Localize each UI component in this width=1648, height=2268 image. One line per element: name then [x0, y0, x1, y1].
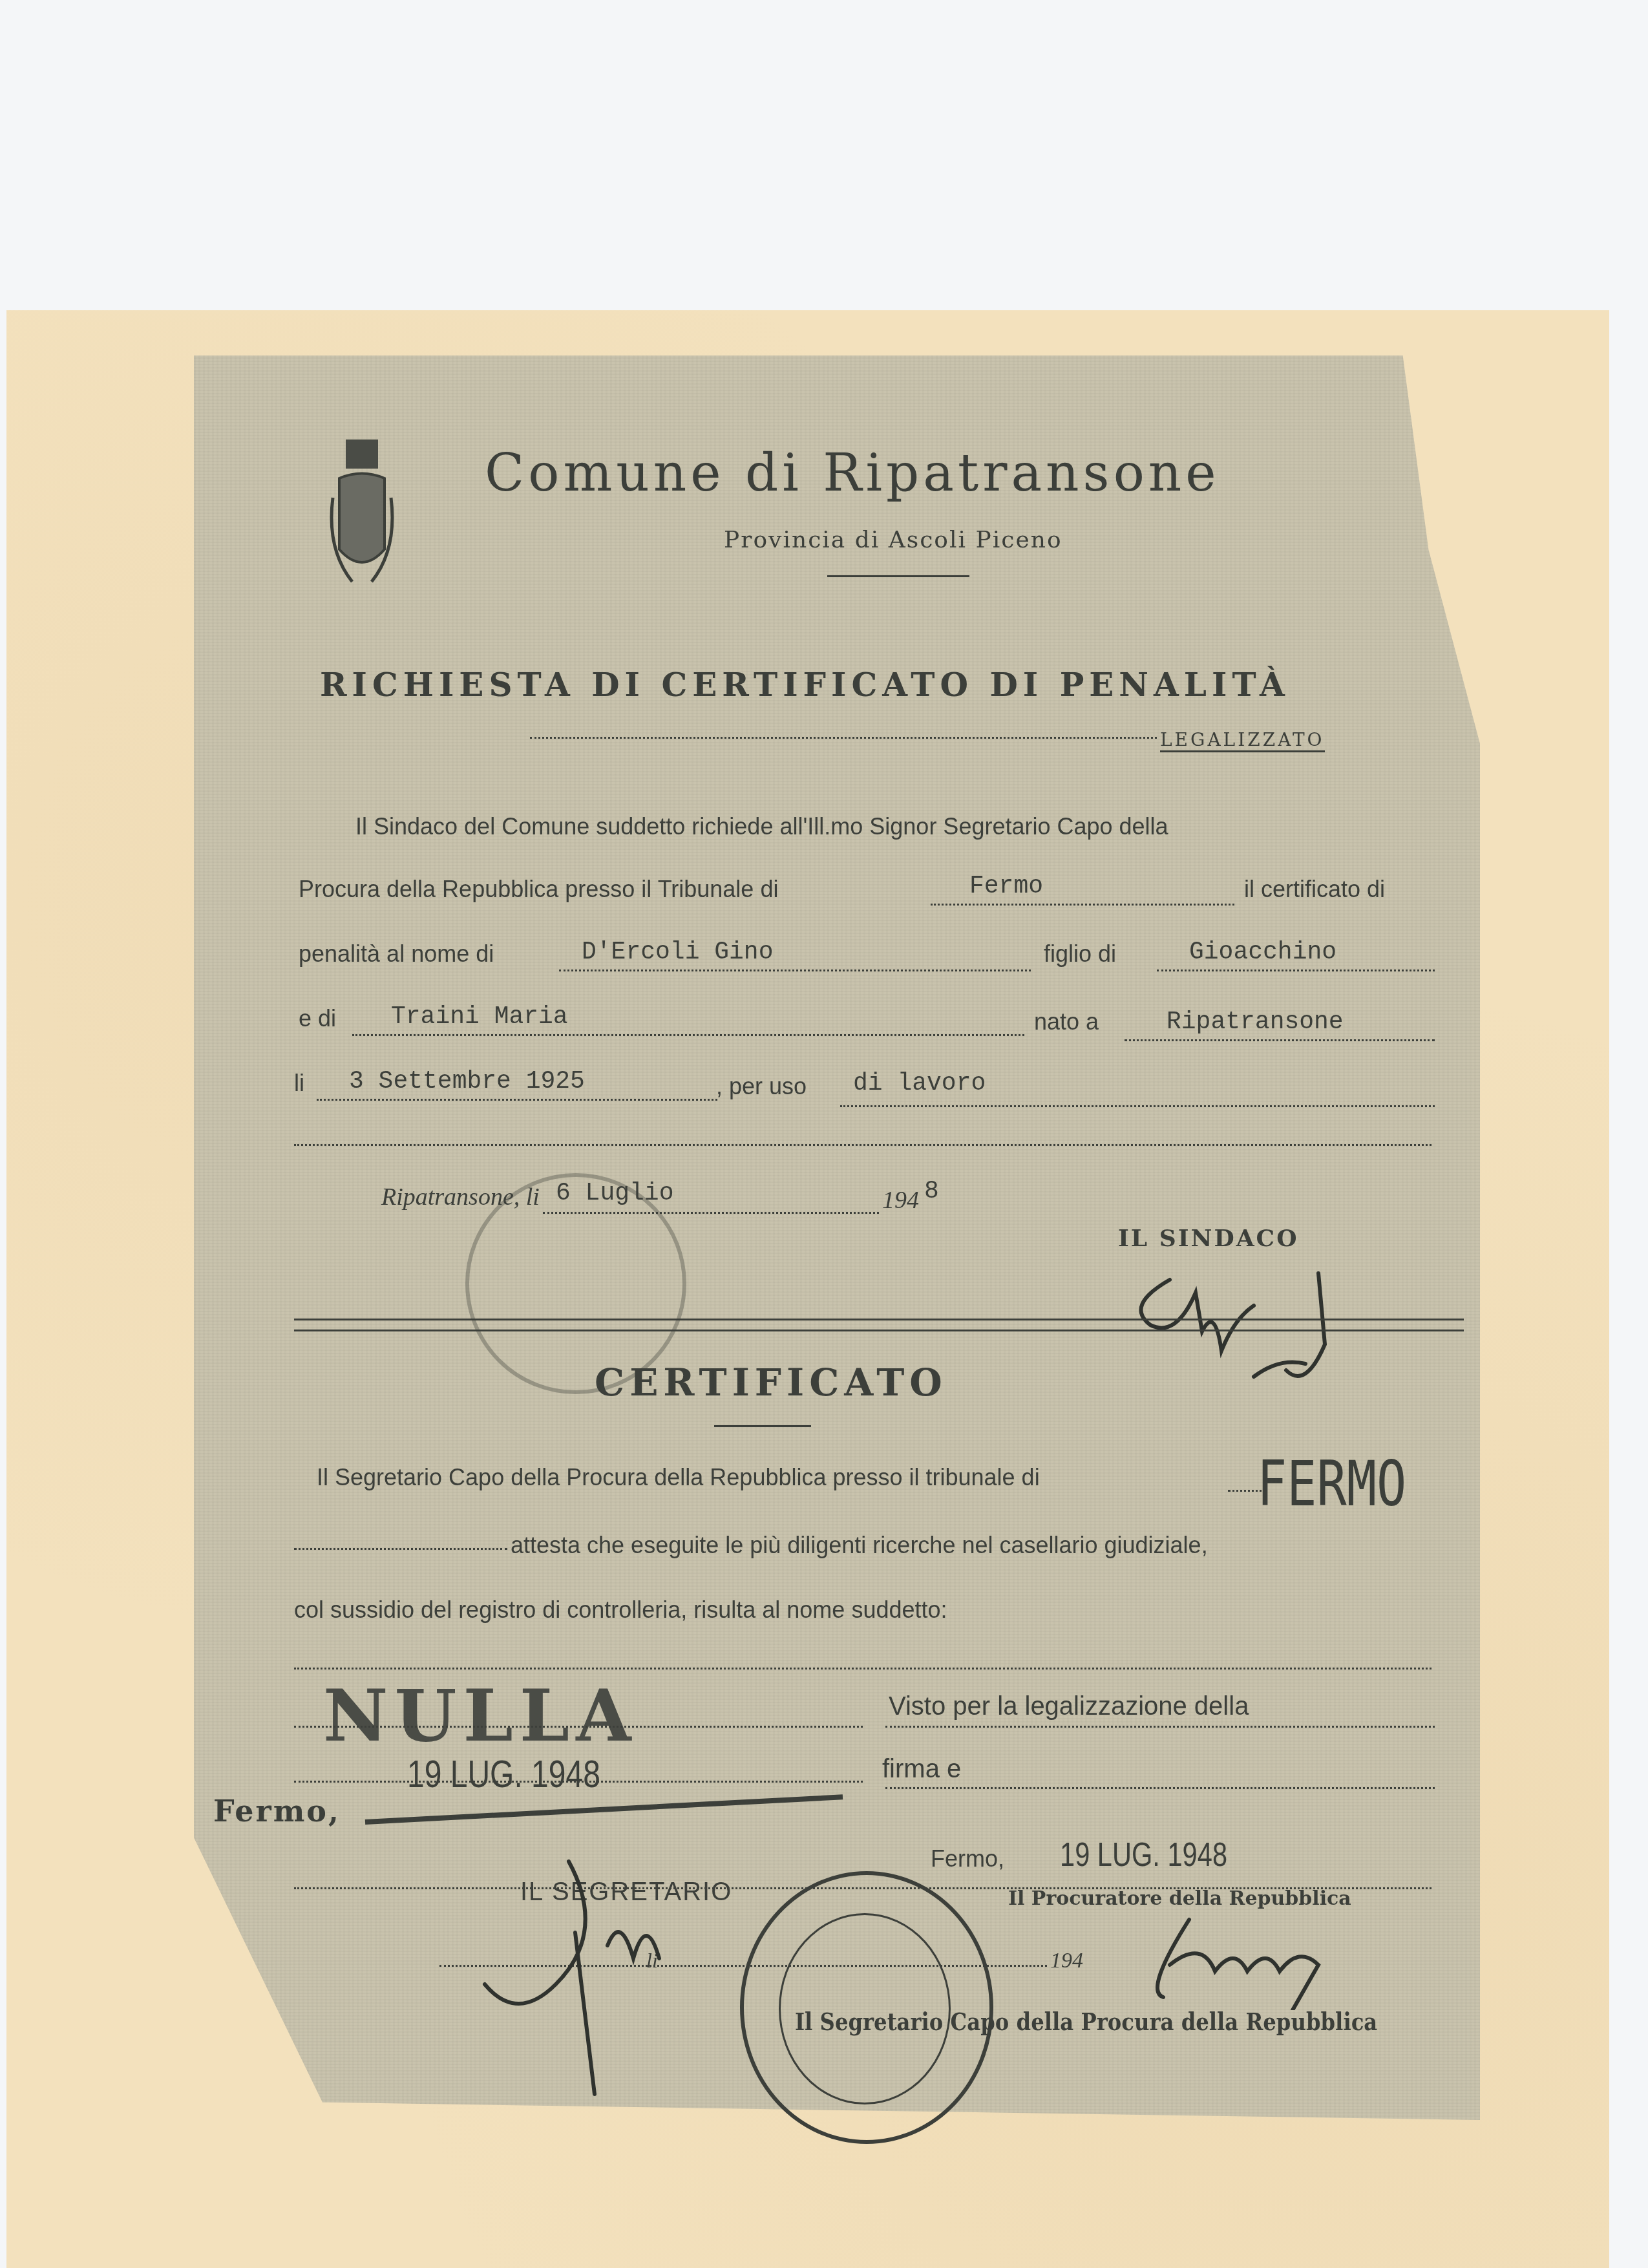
field-underline	[294, 1548, 507, 1550]
certificate-line-2: attesta che eseguite le più diligenti ri…	[511, 1532, 1208, 1559]
segretario-capo-stamp: Il Segretario Capo della Procura della R…	[795, 2007, 1377, 2036]
request-line-3-prefix: penalità al nome di	[299, 940, 494, 968]
request-line-1: Il Sindaco del Comune suddetto richiede …	[355, 813, 1168, 840]
legalizzato-stamp: LEGALIZZATO	[1160, 729, 1325, 752]
tribunale-field: Fermo	[969, 873, 1043, 900]
date-stamp-right: 19 LUG. 1948	[1060, 1836, 1227, 1874]
field-underline	[931, 904, 1234, 906]
coat-of-arms-icon	[326, 440, 397, 595]
procuratore-signature	[1125, 1913, 1409, 2010]
field-underline	[559, 970, 1031, 971]
ornament-divider	[827, 575, 969, 577]
segretario-signature	[478, 1855, 750, 2101]
field-underline	[1157, 970, 1435, 971]
tribunale-stamp: FERMO	[1257, 1448, 1406, 1520]
result-line	[294, 1668, 1431, 1669]
birthdate-field: 3 Settembre 1925	[349, 1068, 585, 1096]
comune-title: Comune di Ripatransone	[485, 443, 1220, 503]
year-suffix: 8	[924, 1178, 939, 1205]
visto-line-2: firma e	[882, 1755, 961, 1784]
mother-field: Traini Maria	[391, 1003, 568, 1031]
visto-underline	[885, 1787, 1435, 1789]
title-rule	[530, 737, 1157, 739]
certificate-title: CERTIFICATO	[595, 1361, 947, 1404]
request-line-2-prefix: Procura della Repubblica presso il Tribu…	[299, 876, 778, 903]
year-prefix: 194	[882, 1186, 919, 1214]
field-underline	[352, 1034, 1024, 1036]
blank-line	[294, 1144, 1431, 1146]
result-line	[294, 1726, 863, 1728]
certificate-line-1: Il Segretario Capo della Procura della R…	[317, 1464, 1040, 1491]
field-underline	[840, 1105, 1435, 1107]
date-line	[294, 1781, 863, 1783]
birthplace-field: Ripatransone	[1167, 1008, 1344, 1036]
visto-underline	[885, 1726, 1435, 1728]
father-field: Gioacchino	[1189, 938, 1336, 966]
section-divider	[294, 1319, 1464, 1331]
visto-line-1: Visto per la legalizzazione della	[889, 1692, 1249, 1721]
request-line-5-mid: , per uso	[716, 1073, 807, 1100]
place-left: Fermo,	[213, 1794, 341, 1828]
year-label: 194	[1050, 1949, 1083, 1973]
request-title: RICHIESTA DI CERTIFICATO DI PENALITÀ	[320, 666, 1290, 704]
ornament-divider	[714, 1425, 811, 1427]
request-line-4-mid: nato a	[1034, 1008, 1099, 1035]
request-line-5-prefix: li	[294, 1070, 304, 1097]
field-underline	[1125, 1039, 1435, 1041]
name-field: D'Ercoli Gino	[582, 938, 773, 966]
procuratore-label: Il Procuratore della Repubblica	[1008, 1887, 1351, 1910]
field-underline	[1228, 1490, 1267, 1492]
provincia-subtitle: Provincia di Ascoli Piceno	[724, 527, 1062, 553]
request-line-4-prefix: e di	[299, 1005, 336, 1032]
sindaco-label: IL SINDACO	[1118, 1225, 1299, 1252]
result-stamp: NULLA	[323, 1674, 638, 1757]
place-right: Fermo,	[931, 1845, 1004, 1872]
field-underline	[317, 1099, 717, 1101]
date-stamp-left: 19 LUG. 1948	[407, 1752, 600, 1796]
request-line-3-mid: figlio di	[1044, 940, 1116, 968]
sindaco-signature	[1125, 1267, 1474, 1396]
use-field: di lavoro	[853, 1070, 986, 1097]
certificate-line-3: col sussidio del registro di controlleri…	[294, 1596, 947, 1624]
request-line-2-suffix: il certificato di	[1244, 876, 1385, 903]
